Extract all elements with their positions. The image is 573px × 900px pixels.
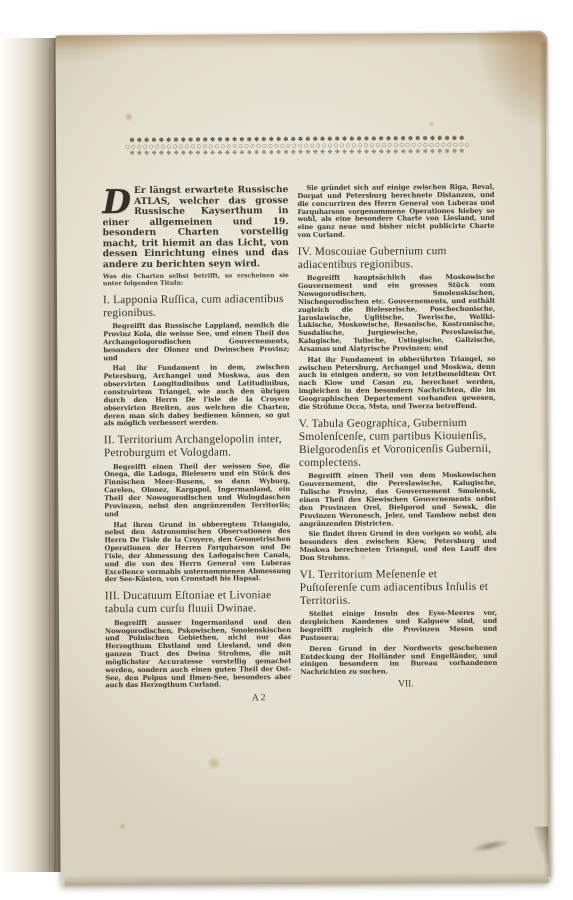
catchword: VII. [300, 679, 497, 690]
book-photograph: ✽✽✽✽✽✽✽✽✽✽✽✽✽✽✽✽✽✽✽✽✽✽✽✽✽✽✽✽✽✽✽✽✽✽✽✽✽✽✽✽… [0, 0, 573, 900]
section-heading-1: I. Lapponia Ruſſica, cum adiacentibus re… [103, 293, 289, 321]
foxing-spot [206, 757, 222, 770]
two-column-text: DEr längst erwartete Russische ATLAS, we… [102, 184, 497, 705]
section-6-paragraph: Deren Grund in der Nordwerts geschehenen… [300, 645, 497, 678]
section-4-paragraph: Begreifft hauptsächlich das Moskowische … [298, 274, 495, 354]
section-4-paragraph: Hat ihr Fundament in obberührten Triange… [298, 356, 495, 412]
intro-paragraph: DEr längst erwartete Russische ATLAS, we… [102, 185, 289, 270]
page-corner-browning-right [477, 30, 548, 125]
section-heading-2: II. Territorium Archangelopolin inter, P… [104, 433, 290, 461]
printed-text-block: ✽✽✽✽✽✽✽✽✽✽✽✽✽✽✽✽✽✽✽✽✽✽✽✽✽✽✽✽✽✽✽✽✽✽✽✽✽✽✽✽… [102, 135, 497, 705]
foxing-spot [118, 823, 126, 830]
foxing-spot [428, 121, 435, 127]
page-corner-curl [534, 827, 548, 869]
section-2-paragraph: Hat ihren Grund in obberegtem Triangulo,… [104, 521, 290, 585]
book-page: ✽✽✽✽✽✽✽✽✽✽✽✽✽✽✽✽✽✽✽✽✽✽✽✽✽✽✽✽✽✽✽✽✽✽✽✽✽✽✽✽… [55, 33, 550, 886]
left-column: DEr längst erwartete Russische ATLAS, we… [102, 185, 291, 704]
page-right-edge [538, 43, 550, 877]
foxing-spot [124, 113, 134, 121]
header-ornament-band: ✽✽✽✽✽✽✽✽✽✽✽✽✽✽✽✽✽✽✽✽✽✽✽✽✽✽✽✽✽✽✽✽✽✽✽✽✽✽✽✽… [102, 135, 494, 157]
section-5-paragraph: Sie findet ihren Grund in den vorigen so… [299, 530, 496, 563]
section-2-paragraph: Begreifft einen Theil der weissen See, d… [104, 463, 290, 519]
ink-smudge [470, 837, 511, 855]
section-3-paragraph: Begreifft ausser Ingermanland und den No… [105, 619, 291, 691]
section-6-paragraph: Stellet einige Insuln des Eyss-Meeres vo… [300, 610, 497, 643]
section-1-paragraph: Hat ihr Fundament in dem, zwischen Peter… [103, 365, 289, 429]
page-corner-browning-left [55, 35, 145, 66]
page-stack-edge [0, 38, 62, 872]
section-heading-4: IV. Moscouiae Gubernium cum adiacentibus… [298, 245, 495, 273]
section-1-paragraph: Begreifft das Russische Lappland, nemlic… [103, 322, 289, 362]
section-5-paragraph: Begreifft einen Theil von dem Moskowisch… [299, 472, 496, 528]
page-bottom-edge [65, 873, 549, 886]
ornate-initial-letter: D [102, 187, 131, 217]
section-heading-5: V. Tabula Geographica, Gubernium Smolenſ… [299, 416, 496, 470]
signature-mark: A 2 [105, 693, 291, 704]
right-column: Sie gründet sich auf einige zwischen Rig… [297, 184, 497, 703]
section-heading-6: VI. Territorium Meſenenſe et Puſtoſerenſ… [300, 568, 497, 609]
section-heading-3: III. Ducatuum Eſtoniae et Livoniae tabul… [105, 589, 291, 617]
intro-note: Was die Charten selbst betrifft, so ersc… [103, 272, 289, 288]
section-3-paragraph-continued: Sie gründet sich auf einige zwischen Rig… [297, 184, 494, 240]
ornament-row-bottom: ❈❈❈❈❈❈❈❈❈❈❈❈❈❈❈❈❈❈❈❈❈❈❈❈❈❈❈❈❈❈❈❈❈❈❈❈❈❈❈❈… [102, 148, 494, 157]
